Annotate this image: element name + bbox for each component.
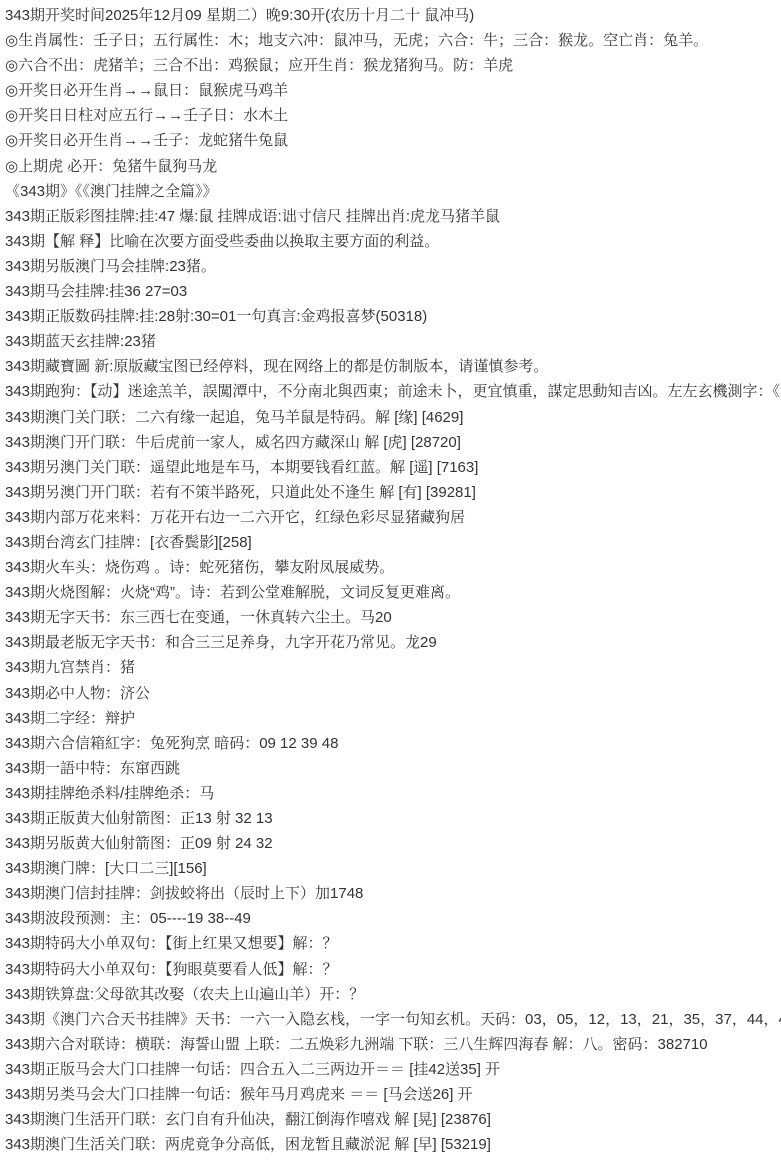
five-elements-line: ◎开奖日日柱对应五行→→壬子日：水木土 [5,103,779,128]
wordless-book-line: 343期无字天书：东三西七在变通，一休真转六尘土。马20 [5,605,779,630]
special-phrase-line-2: 343期特码大小单双句：【狗眼莫要看人低】解：？ [5,957,779,982]
last-period-line: ◎上期虎 必开：兔猪牛鼠狗马龙 [5,154,779,179]
heaven-book-line: 343期《澳门六合天书挂牌》天书：一六一入隐玄栈，一字一句知玄机。天码：03，0… [5,1007,779,1032]
running-dog-line: 343期跑狗：【动】迷途羔羊，誤闖潭中，不分南北與西東；前途未卜，更宜慎重，謀定… [5,379,779,404]
envelope-plate-line: 343期澳门信封挂牌：剑拔蛟将出（辰时上下）加1748 [5,881,779,906]
two-word-line: 343期二字经：辩护 [5,706,779,731]
iron-abacus-line: 343期铁算盘:父母欲其改娶（农夫上山遍山羊）开：？ [5,982,779,1007]
macau-plate-line: 343期澳门牌：[大口二三][156] [5,856,779,881]
liuhe-exclude-line: ◎六合不出：虎猪羊；三合不出：鸡猴鼠；应开生肖：猴龙猪狗马。防：羊虎 [5,53,779,78]
plate-kill-line: 343期挂牌绝杀料/挂牌绝杀：马 [5,781,779,806]
must-hit-person-line: 343期必中人物：济公 [5,681,779,706]
one-phrase-line: 343期一語中特：东窜西跳 [5,756,779,781]
open-couplet-line: 343期澳门开门联：牛后虎前一家人，威名四方藏深山 解 [虎] [28720] [5,430,779,455]
wave-predict-line: 343期波段预测：主：05----19 38--49 [5,906,779,931]
life-close-couplet-line: 343期澳门生活关门联：两虎竟争分高低，困龙暂且藏淤泥 解 [早] [53219… [5,1132,779,1157]
explain-line: 343期【解 释】比喻在次要方面受些委曲以换取主要方面的利益。 [5,229,779,254]
taiwan-plate-line: 343期台湾玄门挂牌：[衣香鬓影][258] [5,530,779,555]
wanhua-line: 343期内部万花来料：万花开右边一二六开它，红绿色彩尽显猪藏狗居 [5,505,779,530]
official-plate-line: 343期正版彩图挂牌:挂:47 爆:鼠 挂牌成语:诎寸信尺 挂牌出肖:虎龙马猪羊… [5,204,779,229]
lottery-info-page: 343期开奖时间2025年12月09 星期二）晚9:30开(农历十月二十 鼠冲马… [0,0,781,1157]
gate-phrase-line-1: 343期正版马会大门口挂牌一句话：四合五入二三两边开＝＝ [挂42送35] 开 [5,1057,779,1082]
digital-plate-line: 343期正版数码挂牌:挂:28射:30=01一句真言:金鸡报喜梦(50318) [5,304,779,329]
jockey-plate-line: 343期马会挂牌:挂36 27=03 [5,279,779,304]
zodiac-attr-line: ◎生肖属性：壬子日；五行属性：木；地支六冲：鼠冲马，无虎；六合：牛；三合：猴龙。… [5,28,779,53]
alt-open-couplet-line: 343期另澳门开门联：若有不策半路死，只道此处不逢生 解 [有] [39281] [5,480,779,505]
gate-phrase-line-2: 343期另类马会大门口挂牌一句话：猴年马月鸡虎来 ＝＝ [马会送26] 开 [5,1082,779,1107]
close-couplet-line: 343期澳门关门联：二六有缘一起追，兔马羊鼠是特码。解 [缘] [4629] [5,405,779,430]
couplet-poem-line: 343期六合对联诗：横联：海誓山盟 上联：二五焕彩九洲端 下联：三八生辉四海春 … [5,1032,779,1057]
section-title: 《343期》《《澳门挂牌之全篇》》 [5,179,779,204]
alt-close-couplet-line: 343期另澳门关门联：遥望此地是车马，本期要钱看红蓝。解 [遥] [7163] [5,455,779,480]
treasure-map-line: 343期藏寶圖 新:原版藏宝图已经停料，现在网络上的都是仿制版本，请谨慎参考。 [5,354,779,379]
draw-time-line: 343期开奖时间2025年12月09 星期二）晚9:30开(农历十月二十 鼠冲马… [5,3,779,28]
alt-huang-daxian-line: 343期另版黄大仙射箭图：正09 射 24 32 [5,831,779,856]
old-wordless-book-line: 343期最老版无字天书：和合三三足养身，九字开花乃常见。龙29 [5,630,779,655]
fire-diagram-line: 343期火烧图解：火烧“鸡”。诗：若到公堂难解脱，文词反复更难离。 [5,580,779,605]
must-open-renzi-line: ◎开奖日必开生肖→→壬子：龙蛇猪牛兔鼠 [5,128,779,153]
huang-daxian-line: 343期正版黄大仙射箭图：正13 射 32 13 [5,806,779,831]
special-phrase-line-1: 343期特码大小单双句：【街上红果又想要】解：？ [5,931,779,956]
must-open-rat-line: ◎开奖日必开生肖→→鼠日：鼠猴虎马鸡羊 [5,78,779,103]
jiugong-ban-line: 343期九宫禁肖：猪 [5,655,779,680]
train-head-line: 343期火车头：烧伤鸡 。诗：蛇死猪伤，攀友附凤展威势。 [5,555,779,580]
alt-macau-plate-line: 343期另版澳门马会挂牌:23猪。 [5,254,779,279]
bluesky-plate-line: 343期蓝天玄挂牌:23猪 [5,329,779,354]
life-open-couplet-line: 343期澳门生活开门联：玄门自有升仙决，翻江倒海作嘻戏 解 [晃] [23876… [5,1107,779,1132]
mailbox-red-word-line: 343期六合信箱紅字：兔死狗烹 暗码：09 12 39 48 [5,731,779,756]
